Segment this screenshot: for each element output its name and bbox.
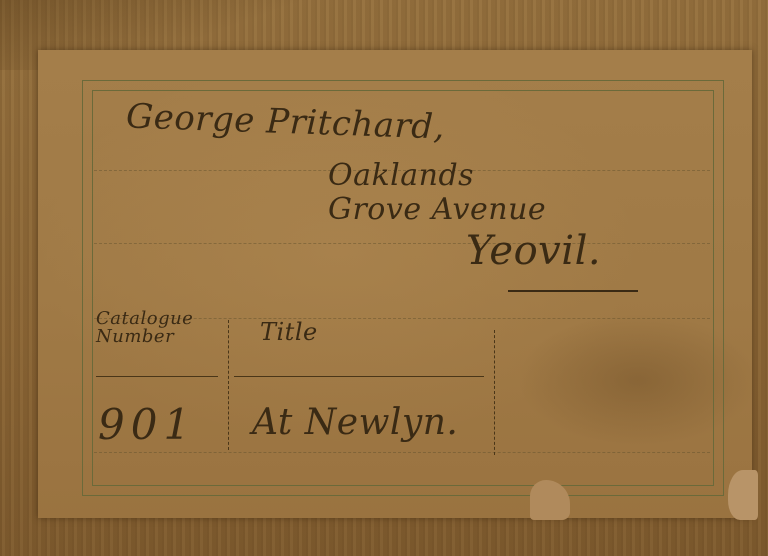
catalogue-number-header: Catalogue Number — [96, 310, 216, 346]
ruled-line — [94, 452, 710, 453]
column-separator — [228, 320, 229, 450]
address-line-2: Grove Avenue — [328, 192, 546, 227]
title-header: Title — [260, 318, 318, 346]
catalogue-number-value: 901 — [98, 400, 196, 449]
catalogue-column-rule — [96, 376, 218, 377]
address-line-1: Oaklands — [328, 158, 474, 193]
title-value: At Newlyn. — [252, 402, 458, 443]
city-underline — [508, 290, 638, 292]
title-column-rule — [234, 376, 484, 377]
address-city: Yeovil. — [466, 228, 601, 274]
exhibition-label: George Pritchard, Oaklands Grove Avenue … — [38, 50, 752, 518]
paper-tear — [728, 470, 758, 520]
ruled-line — [94, 243, 710, 244]
column-separator — [494, 330, 495, 455]
